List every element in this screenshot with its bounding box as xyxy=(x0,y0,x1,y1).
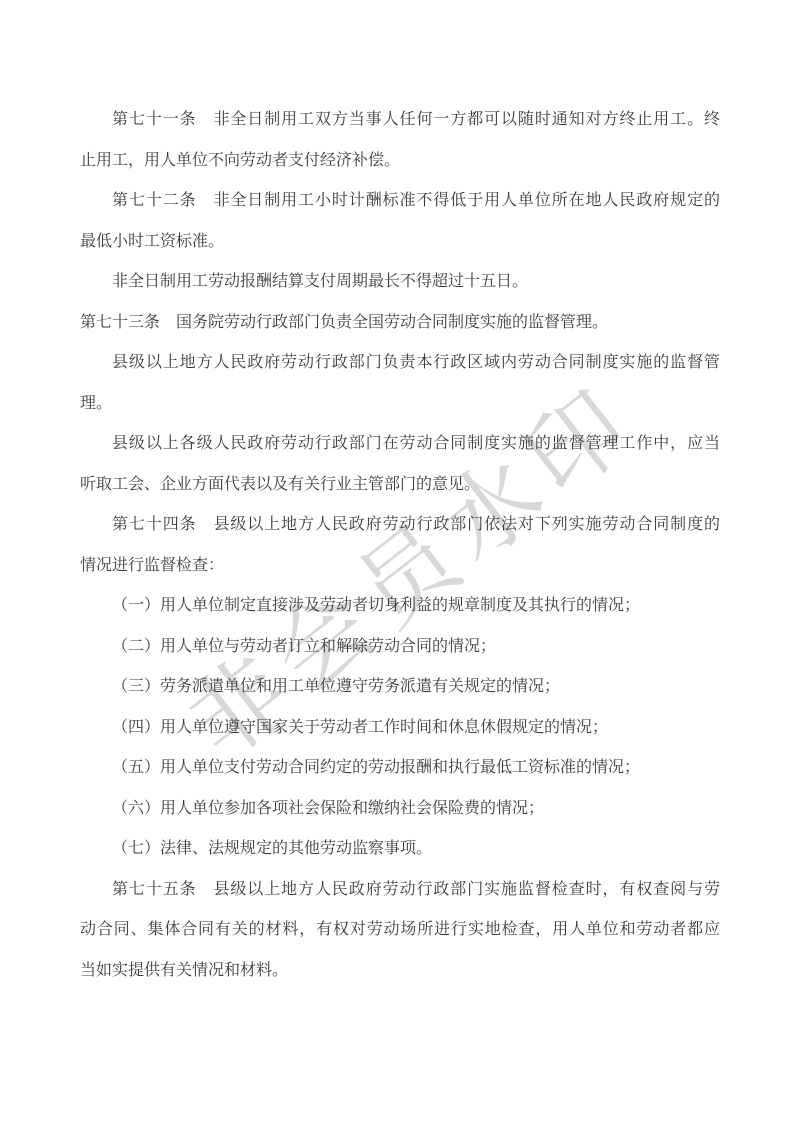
document-page: 非会员水印 第七十一条 非全日制用工双方当事人任何一方都可以随时通知对方终止用工… xyxy=(0,0,800,1131)
text-line: 动合同、集体合同有关的材料，有权对劳动场所进行实地检查，用人单位和劳动者都应 xyxy=(80,910,720,951)
text-line: 县级以上各级人民政府劳动行政部门在劳动合同制度实施的监督管理工作中，应当 xyxy=(80,424,720,465)
text-line: 第七十一条 非全日制用工双方当事人任何一方都可以随时通知对方终止用工。终 xyxy=(80,100,720,141)
text-line: （六）用人单位参加各项社会保险和缴纳社会保险费的情况； xyxy=(80,789,720,830)
text-line: （一）用人单位制定直接涉及劳动者切身利益的规章制度及其执行的情况； xyxy=(80,586,720,627)
text-line: 情况进行监督检查： xyxy=(80,546,720,587)
text-line: 第七十五条 县级以上地方人民政府劳动行政部门实施监督检查时，有权查阅与劳 xyxy=(80,870,720,911)
text-line: （四）用人单位遵守国家关于劳动者工作时间和休息休假规定的情况； xyxy=(80,708,720,749)
text-line: 第七十三条 国务院劳动行政部门负责全国劳动合同制度实施的监督管理。 xyxy=(80,303,720,344)
text-line: 最低小时工资标准。 xyxy=(80,222,720,263)
text-line: 听取工会、企业方面代表以及有关行业主管部门的意见。 xyxy=(80,465,720,506)
text-line: 当如实提供有关情况和材料。 xyxy=(80,951,720,992)
text-line: 理。 xyxy=(80,384,720,425)
text-line: 第七十四条 县级以上地方人民政府劳动行政部门依法对下列实施劳动合同制度的 xyxy=(80,505,720,546)
text-line: （七）法律、法规规定的其他劳动监察事项。 xyxy=(80,829,720,870)
text-line: （二）用人单位与劳动者订立和解除劳动合同的情况； xyxy=(80,627,720,668)
document-body: 第七十一条 非全日制用工双方当事人任何一方都可以随时通知对方终止用工。终止用工，… xyxy=(80,100,720,991)
text-line: 非全日制用工劳动报酬结算支付周期最长不得超过十五日。 xyxy=(80,262,720,303)
text-line: 止用工，用人单位不向劳动者支付经济补偿。 xyxy=(80,141,720,182)
text-line: （三）劳务派遣单位和用工单位遵守劳务派遣有关规定的情况； xyxy=(80,667,720,708)
text-line: 第七十二条 非全日制用工小时计酬标准不得低于用人单位所在地人民政府规定的 xyxy=(80,181,720,222)
text-line: （五）用人单位支付劳动合同约定的劳动报酬和执行最低工资标准的情况； xyxy=(80,748,720,789)
text-line: 县级以上地方人民政府劳动行政部门负责本行政区域内劳动合同制度实施的监督管 xyxy=(80,343,720,384)
